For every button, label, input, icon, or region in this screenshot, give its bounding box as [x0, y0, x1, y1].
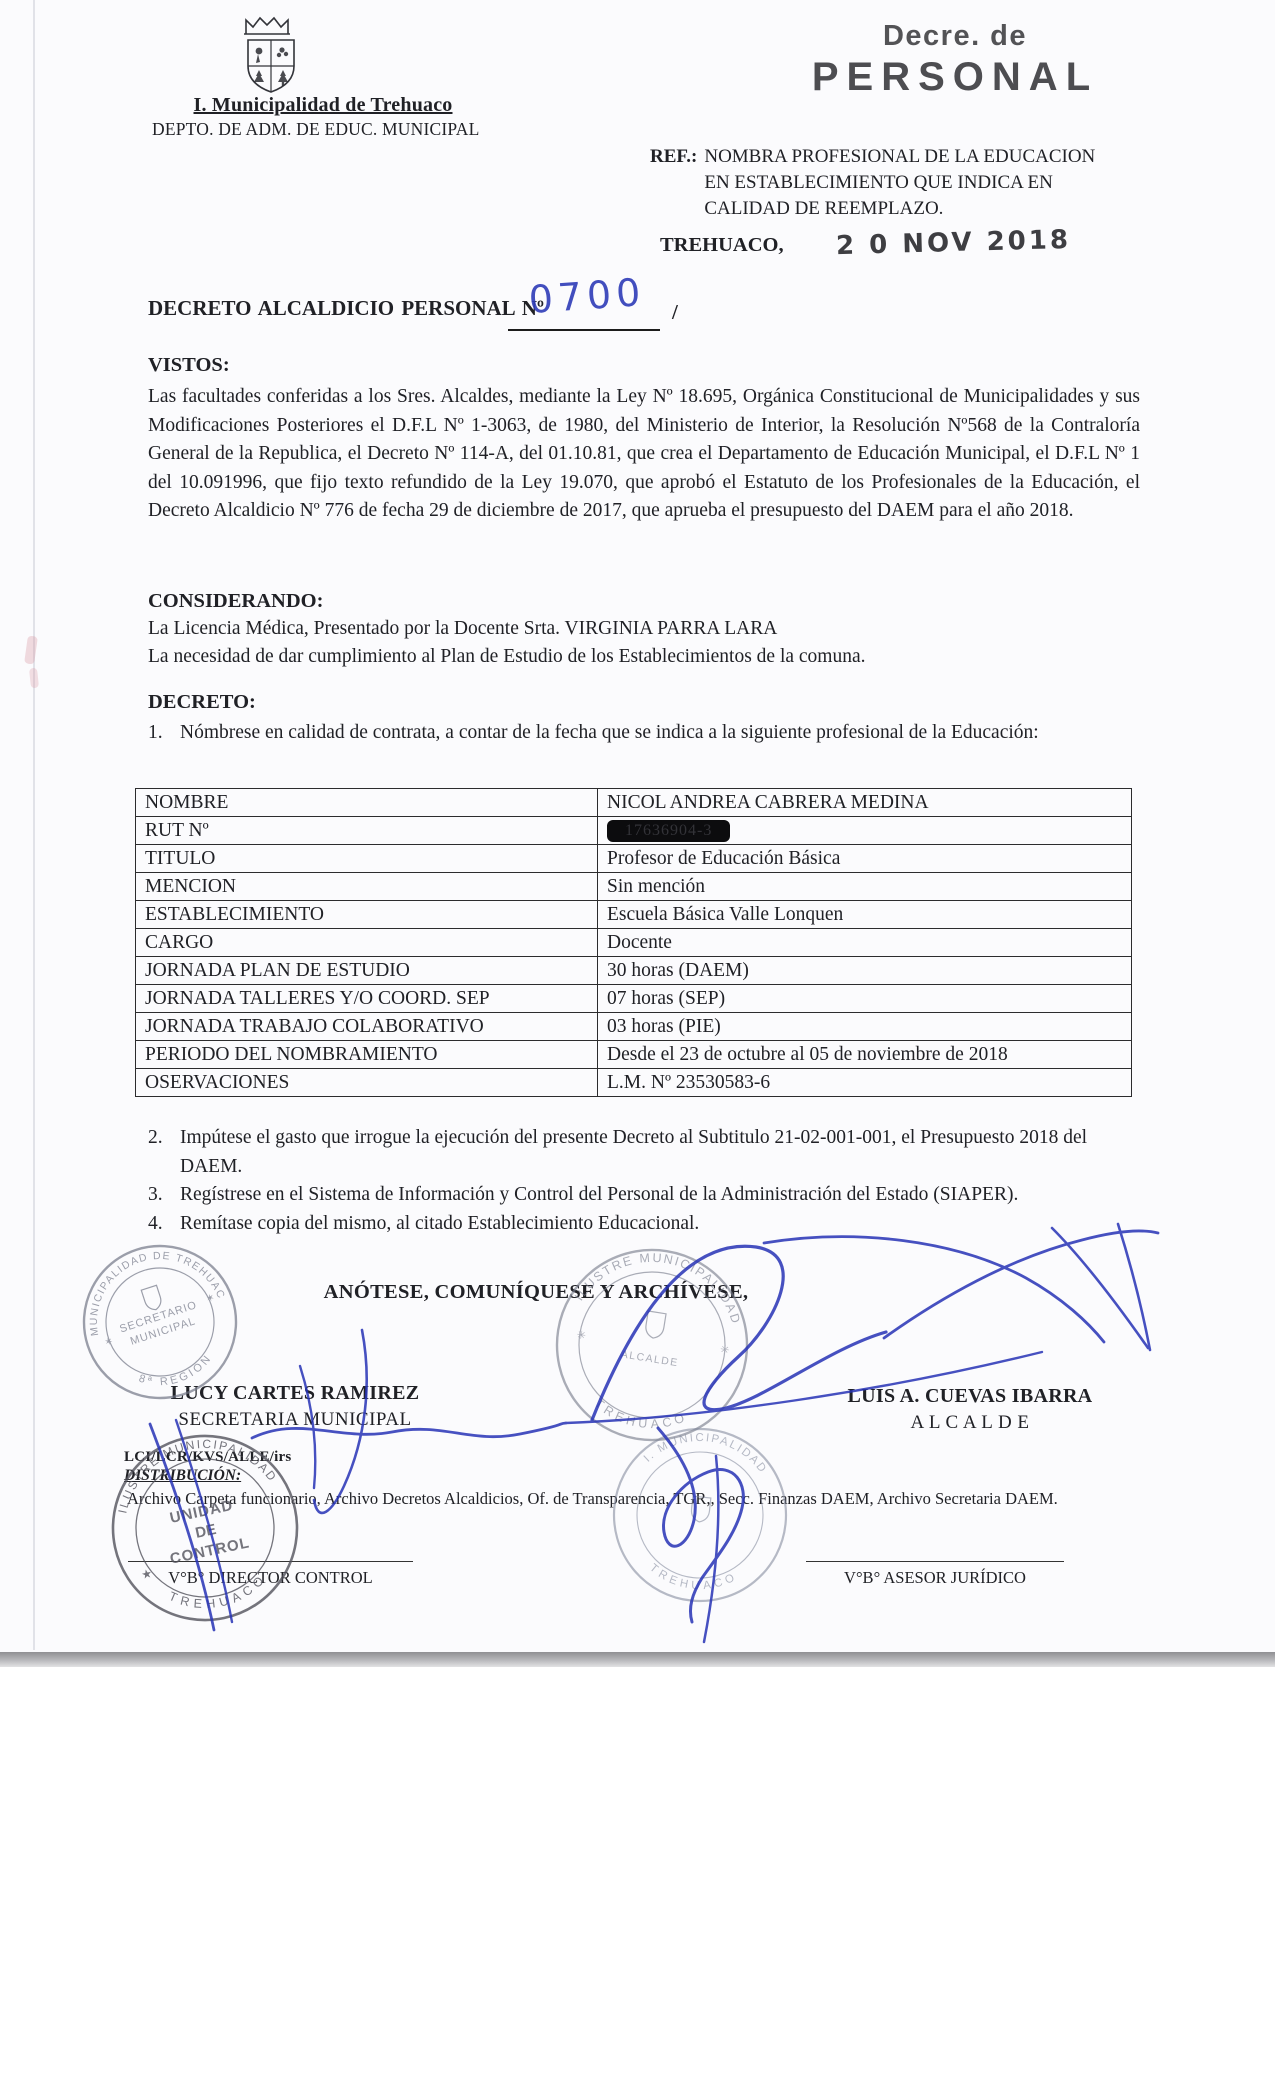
considerando-line1: La Licencia Médica, Presentado por la Do… — [148, 618, 777, 640]
table-row: PERIODO DEL NOMBRAMIENTO Desde el 23 de … — [136, 1041, 1132, 1069]
signer-title: SECRETARIA MUNICIPAL — [130, 1409, 460, 1431]
table-cell-value-text: Escuela Básica Valle Lonquen — [607, 904, 843, 925]
table-cell-value: NICOL ANDREA CABRERA MEDINA — [598, 789, 1132, 817]
item-number: 4. — [148, 1210, 180, 1239]
table-row: ESTABLECIMIENTO Escuela Básica Valle Lon… — [136, 901, 1132, 929]
signer-title: A L C A L D E — [825, 1412, 1115, 1434]
decree-number-underline — [508, 329, 660, 331]
table-cell-value-text: 17636904-3 — [607, 820, 730, 842]
table-cell-value: 07 horas (SEP) — [598, 985, 1132, 1013]
municipal-coat-of-arms-icon — [236, 10, 306, 96]
table-cell-label: CARGO — [136, 929, 598, 957]
scanned-decree-page: { "header": { "municipality": "I. Munici… — [0, 0, 1275, 2100]
table-row: JORNADA PLAN DE ESTUDIO 30 horas (DAEM) — [136, 957, 1132, 985]
item-text: Impútese el gasto que irrogue la ejecuci… — [180, 1124, 1088, 1181]
reference-label: REF.: — [650, 144, 697, 222]
table-cell-label: PERIODO DEL NOMBRAMIENTO — [136, 1041, 598, 1069]
table-row: JORNADA TRABAJO COLABORATIVO 03 horas (P… — [136, 1013, 1132, 1041]
signer-name: LUCY CARTES RAMIREZ — [130, 1382, 460, 1405]
table-cell-label: MENCION — [136, 873, 598, 901]
table-cell-value: Docente — [598, 929, 1132, 957]
date-stamp: 2 0 NOV 2018 — [836, 225, 1072, 261]
table-row: JORNADA TALLERES Y/O COORD. SEP 07 horas… — [136, 985, 1132, 1013]
item-number: 3. — [148, 1181, 180, 1210]
table-cell-value: 03 horas (PIE) — [598, 1013, 1132, 1041]
table-cell-value: 30 horas (DAEM) — [598, 957, 1132, 985]
table-cell-label: JORNADA TRABAJO COLABORATIVO — [136, 1013, 598, 1041]
table-row: TITULO Profesor de Educación Básica — [136, 845, 1132, 873]
document-initials: LCI/LCR/KVS/ALLE/irs — [124, 1449, 291, 1466]
reference-lines: NOMBRA PROFESIONAL DE LA EDUCACION EN ES… — [704, 144, 1095, 222]
closing-formula: ANÓTESE, COMUNÍQUESE Y ARCHÍVESE, — [150, 1281, 922, 1304]
table-cell-value-text: Docente — [607, 932, 672, 953]
table-row: OSERVACIONES L.M. Nº 23530583-6 — [136, 1069, 1132, 1097]
table-cell-value: Profesor de Educación Básica — [598, 845, 1132, 873]
personal-stamp-line2: PERSONAL — [790, 55, 1120, 100]
table-cell-label: RUT Nº — [136, 817, 598, 845]
decreto-heading: DECRETO: — [148, 691, 256, 714]
table-row: MENCION Sin mención — [136, 873, 1132, 901]
signature-block-alcalde: LUIS A. CUEVAS IBARRA A L C A L D E — [825, 1385, 1115, 1434]
distribution-label: DISTRIBUCIÓN: — [124, 1467, 241, 1485]
table-cell-label: NOMBRE — [136, 789, 598, 817]
table-cell-value-text: 03 horas (PIE) — [607, 1016, 721, 1037]
table-cell-value: 17636904-3 — [598, 817, 1132, 845]
item-text: Regístrese en el Sistema de Información … — [180, 1181, 1088, 1210]
table-cell-value-text: Sin mención — [607, 876, 705, 897]
reference-line3: CALIDAD DE REEMPLAZO. — [704, 196, 1095, 222]
signature-block-secretaria: LUCY CARTES RAMIREZ SECRETARIA MUNICIPAL — [130, 1382, 460, 1431]
table-row: RUT Nº 17636904-3 — [136, 817, 1132, 845]
scan-edge-artifact — [33, 0, 35, 1650]
vb-asesor-juridico: V°B° ASESOR JURÍDICO — [806, 1568, 1064, 1588]
table-cell-label: JORNADA TALLERES Y/O COORD. SEP — [136, 985, 598, 1013]
personal-stamp-line1: Decre. de — [790, 20, 1120, 53]
decreto-item: 2. Impútese el gasto que irrogue la ejec… — [148, 1124, 1088, 1181]
table-cell-value-text: 30 horas (DAEM) — [607, 960, 749, 981]
considerando-line2: La necesidad de dar cumplimiento al Plan… — [148, 646, 866, 668]
vistos-paragraph: Las facultades conferidas a los Sres. Al… — [148, 383, 1140, 526]
appointment-table: NOMBRE NICOL ANDREA CABRERA MEDINA RUT N… — [135, 788, 1132, 1097]
table-cell-value: Desde el 23 de octubre al 05 de noviembr… — [598, 1041, 1132, 1069]
item-text: Nómbrese en calidad de contrata, a conta… — [180, 719, 1128, 748]
personal-decree-stamp: Decre. de PERSONAL — [790, 20, 1120, 100]
table-cell-label: ESTABLECIMIENTO — [136, 901, 598, 929]
place-name: TREHUACO, — [660, 234, 784, 257]
municipality-name: I. Municipalidad de Trehuaco — [188, 94, 458, 117]
decreto-item-1: 1. Nómbrese en calidad de contrata, a co… — [148, 719, 1128, 748]
decree-number-slash: / — [672, 300, 678, 325]
table-cell-label: JORNADA PLAN DE ESTUDIO — [136, 957, 598, 985]
table-cell-value: Escuela Básica Valle Lonquen — [598, 901, 1132, 929]
vb-left-signature-line — [128, 1561, 413, 1562]
table-row: NOMBRE NICOL ANDREA CABRERA MEDINA — [136, 789, 1132, 817]
decree-number-label: DECRETO ALCALDICIO PERSONAL Nº — [148, 296, 544, 321]
item-number: 2. — [148, 1124, 180, 1181]
decreto-item: 4. Remítase copia del mismo, al citado E… — [148, 1210, 1088, 1239]
table-cell-value-text: NICOL ANDREA CABRERA MEDINA — [607, 792, 929, 813]
reference-line2: EN ESTABLECIMIENTO QUE INDICA EN — [704, 170, 1095, 196]
considerando-heading: CONSIDERANDO: — [148, 590, 323, 613]
decreto-item: 3. Regístrese en el Sistema de Informaci… — [148, 1181, 1088, 1210]
signer-name: LUIS A. CUEVAS IBARRA — [825, 1385, 1115, 1408]
vb-right-signature-line — [806, 1561, 1064, 1562]
table-cell-value-text: Desde el 23 de octubre al 05 de noviembr… — [607, 1044, 1008, 1065]
reference-block: REF.: NOMBRA PROFESIONAL DE LA EDUCACION… — [650, 144, 1130, 222]
item-text: Remítase copia del mismo, al citado Esta… — [180, 1210, 1088, 1239]
table-cell-value: L.M. Nº 23530583-6 — [598, 1069, 1132, 1097]
distribution-text: Archivo Carpeta funcionario, Archivo Dec… — [127, 1489, 1162, 1509]
table-cell-value-text: Profesor de Educación Básica — [607, 848, 840, 869]
decreto-items-2-4: 2. Impútese el gasto que irrogue la ejec… — [148, 1124, 1088, 1238]
scanner-edge-band — [0, 1652, 1275, 1667]
table-row: CARGO Docente — [136, 929, 1132, 957]
appointment-table-body: NOMBRE NICOL ANDREA CABRERA MEDINA RUT N… — [136, 789, 1132, 1097]
table-cell-label: TITULO — [136, 845, 598, 873]
vb-director-control: V°B° DIRECTOR CONTROL — [128, 1568, 413, 1588]
item-number: 1. — [148, 719, 180, 748]
department-name: DEPTO. DE ADM. DE EDUC. MUNICIPAL — [152, 119, 512, 140]
vistos-heading: VISTOS: — [148, 354, 230, 377]
table-cell-value-text: 07 horas (SEP) — [607, 988, 725, 1009]
table-cell-label: OSERVACIONES — [136, 1069, 598, 1097]
table-cell-value-text: L.M. Nº 23530583-6 — [607, 1072, 770, 1093]
reference-line1: NOMBRA PROFESIONAL DE LA EDUCACION — [704, 144, 1095, 170]
table-cell-value: Sin mención — [598, 873, 1132, 901]
